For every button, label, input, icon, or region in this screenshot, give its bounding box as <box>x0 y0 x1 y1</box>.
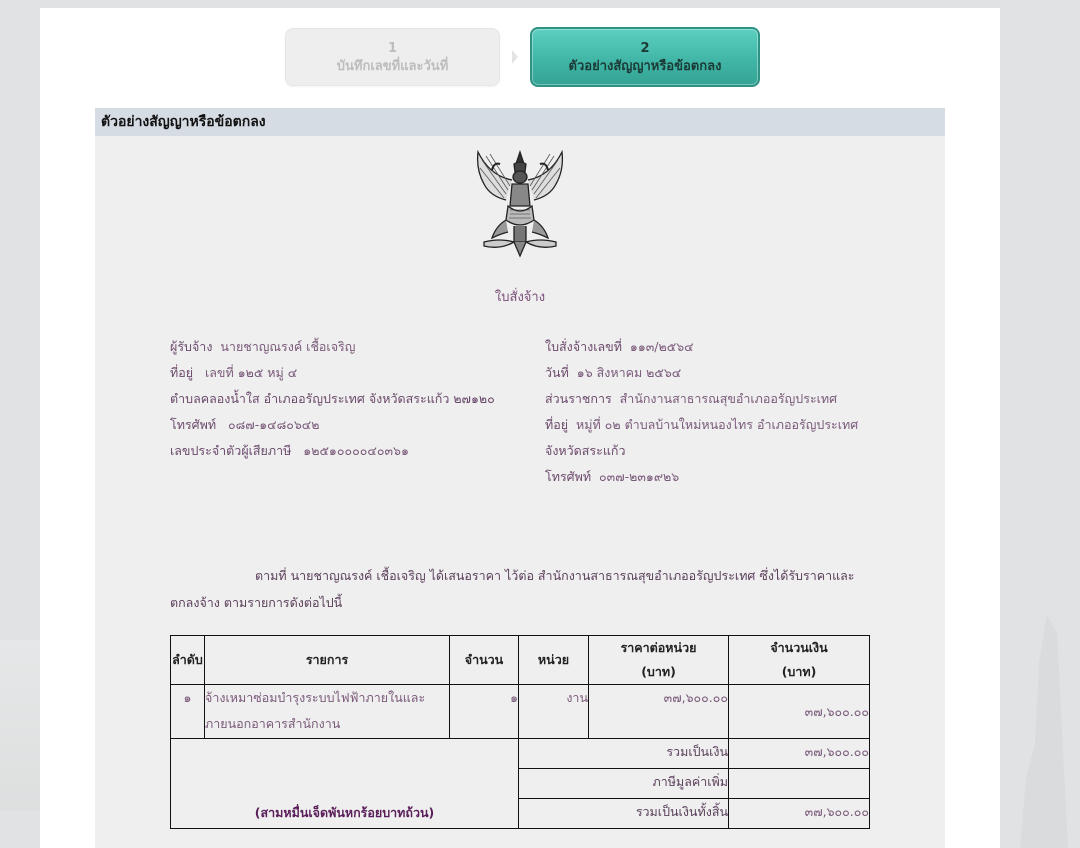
order-phone-row: โทรศัพท์ ๐๓๗-๒๓๑๙๒๖ <box>545 464 858 490</box>
total-in-words: (สามหมื่นเจ็ดพันหกร้อยบาทถ้วน) <box>171 739 519 829</box>
contractor-address-line2: ตำบลคลองน้ำใส อำเภออรัญประเทศ จังหวัดสระ… <box>170 386 495 412</box>
subtotal-label: รวมเป็นเงิน <box>519 739 729 769</box>
order-address-label: ที่อยู่ <box>545 417 568 432</box>
contractor-name-label: ผู้รับจ้าง <box>170 339 212 354</box>
subtotal-value: ๓๗,๖๐๐.๐๐ <box>729 739 870 769</box>
order-paragraph-text: ตามที่ นายชาญณรงค์ เชื้อเจริญ ได้เสนอราค… <box>170 568 855 610</box>
order-date: ๑๖ สิงหาคม ๒๕๖๔ <box>577 365 682 380</box>
header-amount: จำนวนเงิน (บาท) <box>729 636 870 685</box>
background-decoration-left <box>0 640 40 810</box>
order-number-label: ใบสั่งจ้างเลขที่ <box>545 339 622 354</box>
page-card: 1 บันทึกเลขที่และวันที่ 2 ตัวอย่างสัญญาห… <box>40 8 1000 848</box>
order-phone: ๐๓๗-๒๓๑๙๒๖ <box>599 469 679 484</box>
step-number: 2 <box>532 40 758 58</box>
step-label: บันทึกเลขที่และวันที่ <box>286 58 499 76</box>
order-address-line1: หมู่ที่ ๐๒ ตำบลบ้านใหม่หนองไทร อำเภออรัญ… <box>576 417 858 432</box>
total-value: ๓๗,๖๐๐.๐๐ <box>729 799 870 829</box>
contract-preview-section: ตัวอย่างสัญญาหรือข้อตกลง <box>95 108 945 848</box>
header-item: รายการ <box>205 636 450 685</box>
cell-unit: งาน <box>519 685 589 739</box>
cell-no: ๑ <box>171 685 205 739</box>
background-decoration-right <box>1020 615 1080 848</box>
header-unit-price: ราคาต่อหน่วย (บาท) <box>589 636 729 685</box>
step-2-contract-preview[interactable]: 2 ตัวอย่างสัญญาหรือข้อตกลง <box>530 27 760 87</box>
cell-item: จ้างเหมาซ่อมบำรุงระบบไฟฟ้าภายในและภายนอก… <box>205 685 450 739</box>
order-agency-row: ส่วนราชการ สำนักงานสาธารณสุขอำเภออรัญประ… <box>545 386 858 412</box>
vat-label: ภาษีมูลค่าเพิ่ม <box>519 769 729 799</box>
header-no: ลำดับ <box>171 636 205 685</box>
order-items-table: ลำดับ รายการ จำนวน หน่วย ราคาต่อหน่วย (บ… <box>170 635 870 829</box>
subtotal-row: (สามหมื่นเจ็ดพันหกร้อยบาทถ้วน) รวมเป็นเง… <box>171 739 870 769</box>
order-number-row: ใบสั่งจ้างเลขที่ ๑๑๓/๒๕๖๔ <box>545 334 858 360</box>
cell-amount: ๓๗,๖๐๐.๐๐ <box>729 685 870 739</box>
garuda-emblem-icon <box>470 146 570 258</box>
contractor-taxid-row: เลขประจำตัวผู้เสียภาษี ๑๒๕๑๐๐๐๐๔๐๓๖๑ <box>170 438 495 464</box>
total-label: รวมเป็นเงินทั้งสิ้น <box>519 799 729 829</box>
order-info: ใบสั่งจ้างเลขที่ ๑๑๓/๒๕๖๔ วันที่ ๑๖ สิงห… <box>545 334 858 490</box>
step-1-record-number-date[interactable]: 1 บันทึกเลขที่และวันที่ <box>285 28 500 86</box>
header-amount-sub: (บาท) <box>729 660 869 684</box>
order-paragraph: ตามที่ นายชาญณรงค์ เชื้อเจริญ ได้เสนอราค… <box>170 562 870 616</box>
contractor-phone: ๐๘๗-๑๔๘๐๖๔๒ <box>228 417 320 432</box>
order-address-line2: จังหวัดสระแก้ว <box>545 438 858 464</box>
contractor-name: นายชาญณรงค์ เชื้อเจริญ <box>220 339 355 354</box>
order-address-row: ที่อยู่ หมู่ที่ ๐๒ ตำบลบ้านใหม่หนองไทร อ… <box>545 412 858 438</box>
step-indicator: 1 บันทึกเลขที่และวันที่ 2 ตัวอย่างสัญญาห… <box>285 28 760 88</box>
order-agency-label: ส่วนราชการ <box>545 391 612 406</box>
contractor-taxid: ๑๒๕๑๐๐๐๐๔๐๓๖๑ <box>303 443 409 458</box>
table-row: ๑ จ้างเหมาซ่อมบำรุงระบบไฟฟ้าภายในและภายน… <box>171 685 870 739</box>
contractor-phone-row: โทรศัพท์ ๐๘๗-๑๔๘๐๖๔๒ <box>170 412 495 438</box>
contractor-name-row: ผู้รับจ้าง นายชาญณรงค์ เชื้อเจริญ <box>170 334 495 360</box>
order-number: ๑๑๓/๒๕๖๔ <box>630 339 694 354</box>
contractor-address-row: ที่อยู่ เลขที่ ๑๒๕ หมู่ ๔ <box>170 360 495 386</box>
contractor-taxid-label: เลขประจำตัวผู้เสียภาษี <box>170 443 291 458</box>
step-number: 1 <box>286 40 499 58</box>
order-agency: สำนักงานสาธารณสุขอำเภออรัญประเทศ <box>620 391 837 406</box>
contractor-info: ผู้รับจ้าง นายชาญณรงค์ เชื้อเจริญ ที่อยู… <box>170 334 495 464</box>
order-phone-label: โทรศัพท์ <box>545 469 591 484</box>
table-header-row: ลำดับ รายการ จำนวน หน่วย ราคาต่อหน่วย (บ… <box>171 636 870 685</box>
chevron-right-icon <box>512 50 518 64</box>
document-title: ใบสั่งจ้าง <box>95 286 945 307</box>
order-date-row: วันที่ ๑๖ สิงหาคม ๒๕๖๔ <box>545 360 858 386</box>
header-unit-price-label: ราคาต่อหน่วย <box>589 636 728 660</box>
header-amount-label: จำนวนเงิน <box>729 636 869 660</box>
vat-value <box>729 769 870 799</box>
step-label: ตัวอย่างสัญญาหรือข้อตกลง <box>532 58 758 76</box>
order-date-label: วันที่ <box>545 365 569 380</box>
contractor-phone-label: โทรศัพท์ <box>170 417 216 432</box>
contractor-address-label: ที่อยู่ <box>170 365 193 380</box>
cell-qty: ๑ <box>450 685 519 739</box>
cell-unit-price: ๓๗,๖๐๐.๐๐ <box>589 685 729 739</box>
header-qty: จำนวน <box>450 636 519 685</box>
contractor-address-line1: เลขที่ ๑๒๕ หมู่ ๔ <box>205 365 297 380</box>
header-unit: หน่วย <box>519 636 589 685</box>
header-unit-price-sub: (บาท) <box>589 660 728 684</box>
section-title: ตัวอย่างสัญญาหรือข้อตกลง <box>95 108 945 136</box>
